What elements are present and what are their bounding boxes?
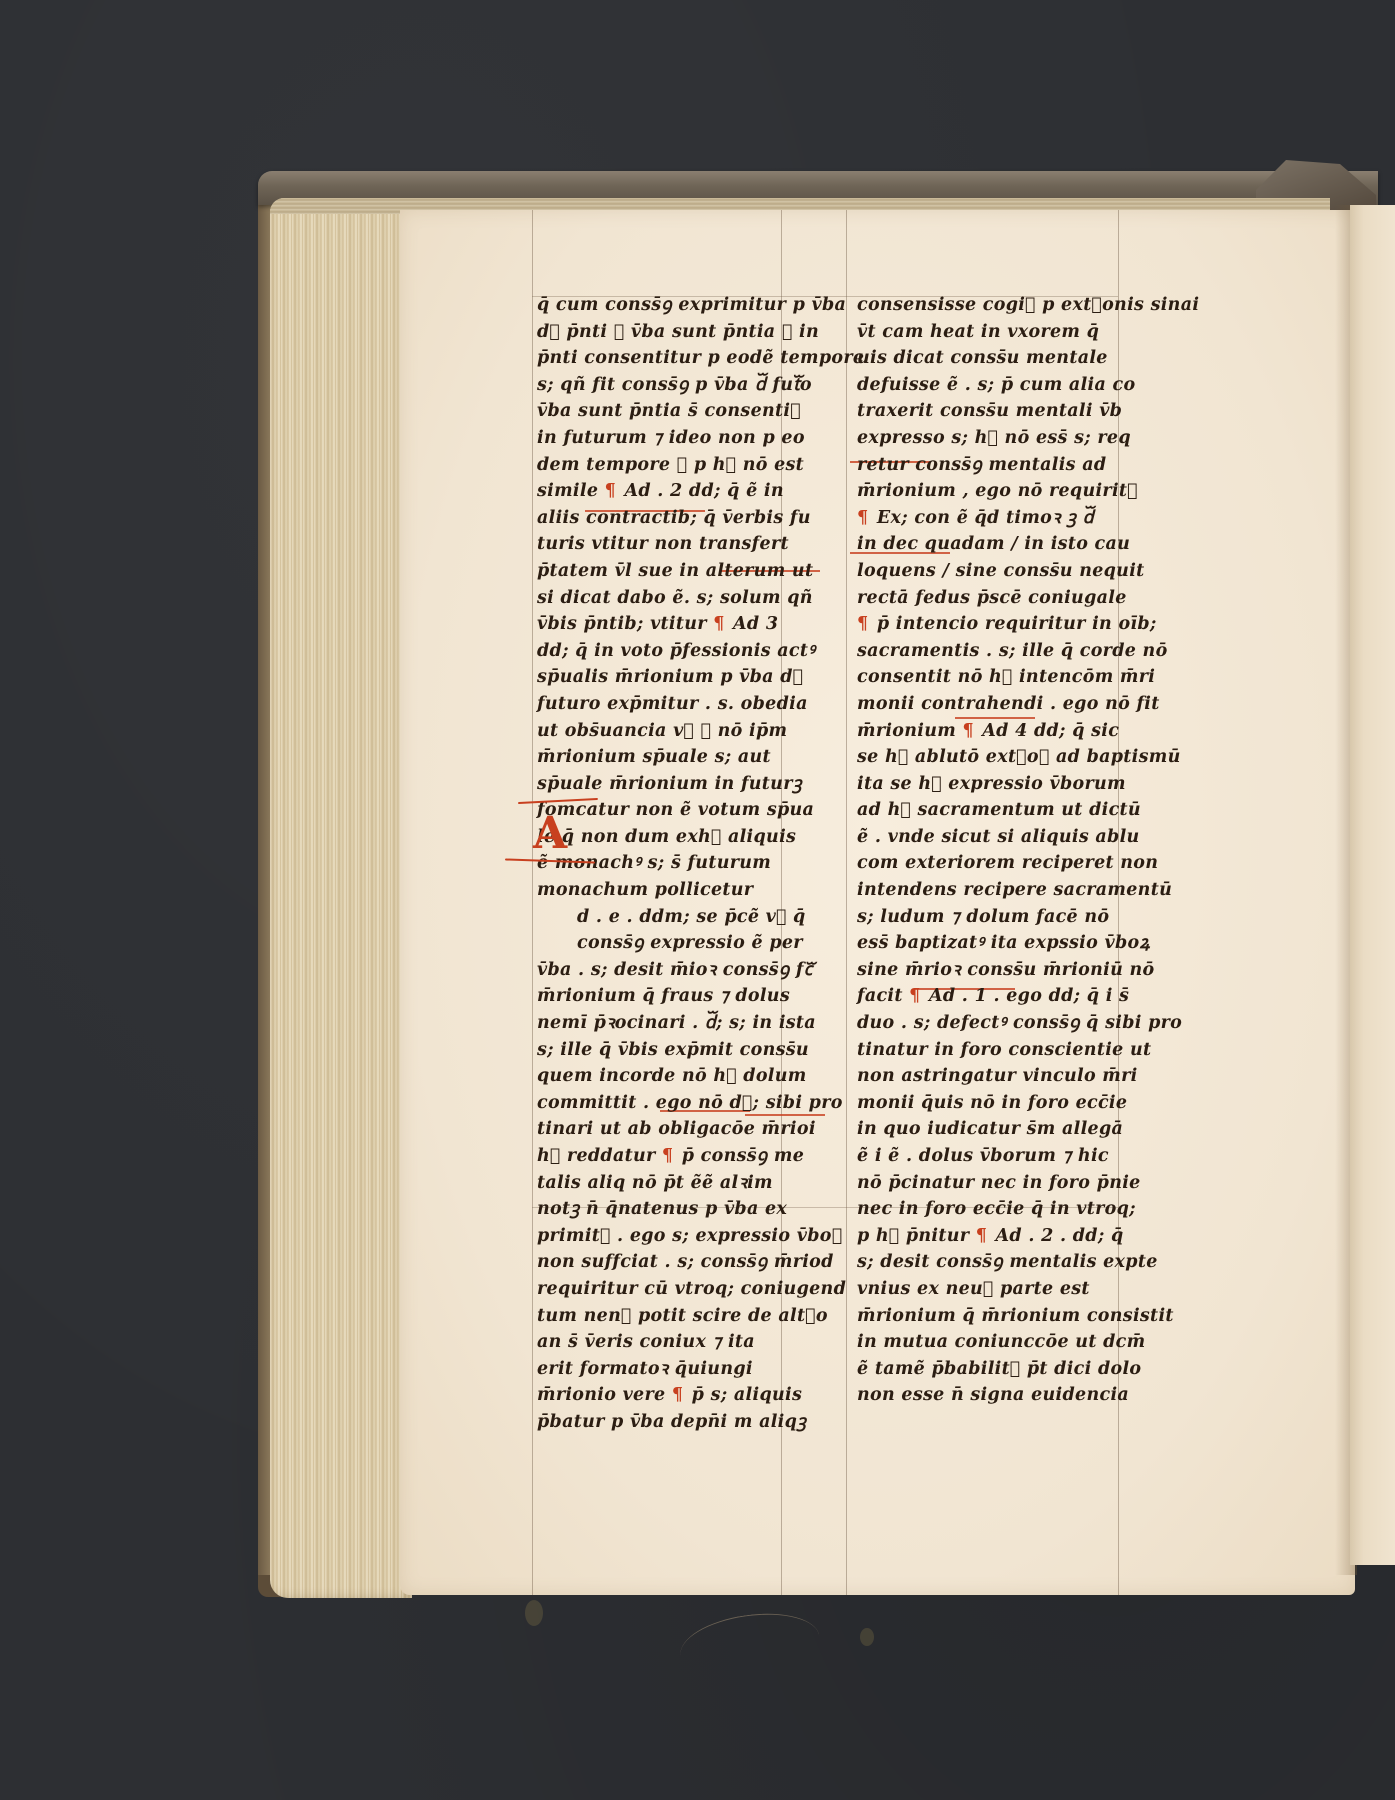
- paragraph-mark-icon: ¶: [857, 614, 868, 634]
- ruling-line-left-outer: [532, 210, 533, 1595]
- text-line: duo . s; defectꝰ conss̄ꝯ q̄ sibi pro: [857, 1010, 1147, 1037]
- text-line: primitᷓ . ego s; expressio v̄boꝝ: [537, 1223, 827, 1250]
- text-line: ut obs̄uancia vᷓ ⁊ nō ip̄m: [537, 718, 827, 745]
- page-crease: [676, 1606, 823, 1686]
- text-line: non suffciat . s; conss̄ꝯ m̄riod: [537, 1249, 827, 1276]
- text-line: in dec quadam / in isto cau: [857, 531, 1147, 558]
- text-line: p hᷓ p̄nitur ¶ Ad . 2 . dd; q̄: [857, 1223, 1147, 1250]
- text-line: s; ludum ⁊ dolum facē nō: [857, 904, 1147, 931]
- text-line: simile ¶ Ad . 2 dd; q̄ ẽ in: [537, 478, 827, 505]
- text-line: se hᷓ ablutō extᷓoꝛ ad baptismū: [857, 744, 1147, 771]
- text-line: ẽ . vnde sicut si aliquis ablu: [857, 824, 1147, 851]
- text-line: ad hᷓ sacramentum ut dictū: [857, 797, 1147, 824]
- text-line: ita se hᷓ expressio v̄borum: [857, 771, 1147, 798]
- text-line: dem tempore ⁊ p hᷓ nō est: [537, 452, 827, 479]
- text-line: consentit nō hᷓ intencōm m̄ri: [857, 664, 1147, 691]
- text-line: turis vtitur non transfert: [537, 531, 827, 558]
- page-stain: [860, 1628, 874, 1646]
- text-line: futuro exp̄mitur . s. obedia: [537, 691, 827, 718]
- text-line: requiritur cū vtroq; coniugend: [537, 1276, 827, 1303]
- text-line: committit . ego nō dᷓ; sibi pro: [537, 1090, 827, 1117]
- text-line: erit formatoꝛ q̄uiungi: [537, 1356, 827, 1383]
- text-line: rectā fedus p̄scē coniugale: [857, 585, 1147, 612]
- text-line: consensisse cogiᷓ p extᷓonis sinai: [857, 292, 1147, 319]
- text-line: conss̄ꝯ expressio ẽ per: [537, 930, 827, 957]
- text-line: non astringatur vinculo m̄ri: [857, 1063, 1147, 1090]
- text-line: monachum pollicetur: [537, 877, 827, 904]
- text-line: dd; q̄ in voto p̄fessionis actꝰ: [537, 638, 827, 665]
- text-line: m̄rionium sp̄uale s; aut: [537, 744, 827, 771]
- text-line: expresso s; hᷓ nō ess̄ s; req: [857, 425, 1147, 452]
- paragraph-mark-icon: ¶: [857, 508, 868, 528]
- text-line: an s̄ v̄eris coniux ⁊ ita: [537, 1329, 827, 1356]
- text-line: intendens recipere sacramentū: [857, 877, 1147, 904]
- text-line: p̄tatem v̄l sue in alterum ut: [537, 558, 827, 585]
- text-line: sp̄uale m̄rionium in futurꝫ: [537, 771, 827, 798]
- text-line: in mutua coniunccōe ut dcm̄: [857, 1329, 1147, 1356]
- text-line: sacramentis . s; ille q̄ corde nō: [857, 638, 1147, 665]
- text-line: defuisse ẽ . s; p̄ cum alia co: [857, 372, 1147, 399]
- paragraph-mark-icon: ¶: [962, 721, 973, 741]
- text-line: aliis contractib; q̄ v̄erbis fu: [537, 505, 827, 532]
- text-line: v̄t cam heat in vxorem q̄: [857, 319, 1147, 346]
- text-line: nō p̄cinatur nec in foro p̄nie: [857, 1170, 1147, 1197]
- paragraph-mark-icon: ¶: [605, 481, 616, 501]
- text-line: in quo iudicatur s̄m allegā: [857, 1116, 1147, 1143]
- text-line: monii q̄uis nō in foro ecc̄ie: [857, 1090, 1147, 1117]
- text-line: fomcatur non ẽ votum sp̄ua: [537, 797, 827, 824]
- text-line: q̄ cum conss̄ꝯ exprimitur p v̄ba: [537, 292, 827, 319]
- text-line: vnius ex neuᷓ parte est: [857, 1276, 1147, 1303]
- text-line: ẽ i ẽ . dolus v̄borum ⁊ hic: [857, 1143, 1147, 1170]
- text-line: le q̄ non dum exhᷓ aliquis: [537, 824, 827, 851]
- text-line: facit ¶ Ad . 1 . ego dd; q̄ i s̄: [857, 983, 1147, 1010]
- ruling-line-right-outer: [846, 210, 847, 1595]
- text-line: m̄rionium q̄ m̄rionium consistit: [857, 1303, 1147, 1330]
- text-column-right: consensisse cogiᷓ p extᷓonis sinai v̄t c…: [857, 292, 1147, 1409]
- text-line: v̄bis p̄ntib; vtitur ¶ Ad 3: [537, 611, 827, 638]
- text-line: si dicat dabo ẽ. s; solum qñ: [537, 585, 827, 612]
- text-line: talis aliq nō p̄t ẽẽ alꝛim: [537, 1170, 827, 1197]
- text-line: m̄rionium q̄ fraus ⁊ dolus: [537, 983, 827, 1010]
- text-line: non esse n̄ signa euidencia: [857, 1382, 1147, 1409]
- text-line: ess̄ baptizatꝰ ita expssio v̄boꝝ: [857, 930, 1147, 957]
- facing-page-sliver: [1350, 205, 1395, 1565]
- text-line: v̄ba sunt p̄ntia s̄ consentiᷓ: [537, 398, 827, 425]
- text-line: m̄rionium , ego nō requiritᷓ: [857, 478, 1147, 505]
- text-line: dᷓ p̄nti ⁊ v̄ba sunt p̄ntia ⁊ in: [537, 319, 827, 346]
- text-line: sine m̄rioꝛ conss̄u m̄rioniū nō: [857, 957, 1147, 984]
- paragraph-mark-icon: ¶: [672, 1385, 683, 1405]
- page-stack-fore-edge: [270, 198, 412, 1598]
- text-line: tinatur in foro conscientie ut: [857, 1037, 1147, 1064]
- text-line: ¶ p̄ intencio requiritur in oīb;: [857, 611, 1147, 638]
- text-line: v̄ba . s; desit m̄ioꝛ conss̄ꝯ fcᷓ: [537, 957, 827, 984]
- text-line: p̄nti consentitur p eodẽ tempore: [537, 345, 827, 372]
- text-line: ẽ tamẽ p̄babilitᷓ p̄t dici dolo: [857, 1356, 1147, 1383]
- text-line: monii contrahendi . ego nō fit: [857, 691, 1147, 718]
- paragraph-mark-icon: ¶: [713, 614, 724, 634]
- text-line: tum nenᷓ potit scire de altᷓo: [537, 1303, 827, 1330]
- book-photograph: q̄ cum conss̄ꝯ exprimitur p v̄ba dᷓ p̄nt…: [0, 0, 1395, 1800]
- text-line: p̄batur p v̄ba depn̄i m aliqꝫ: [537, 1409, 827, 1436]
- text-line: hᷓ reddatur ¶ p̄ conss̄ꝯ me: [537, 1143, 827, 1170]
- page-stain: [525, 1600, 543, 1626]
- text-line: sp̄ualis m̄rionium p v̄ba dᷓ: [537, 664, 827, 691]
- text-line: traxerit conss̄u mentali v̄b: [857, 398, 1147, 425]
- text-line: loquens / sine conss̄u nequit: [857, 558, 1147, 585]
- text-line: in futurum ⁊ ideo non p eo: [537, 425, 827, 452]
- text-line: notꝫ n̄ q̄natenus p v̄ba ex: [537, 1196, 827, 1223]
- paragraph-mark-icon: ¶: [976, 1226, 987, 1246]
- text-line: uis dicat conss̄u mentale: [857, 345, 1147, 372]
- text-line: quem incorde nō hᷓ dolum: [537, 1063, 827, 1090]
- text-column-left: q̄ cum conss̄ꝯ exprimitur p v̄ba dᷓ p̄nt…: [537, 292, 827, 1436]
- text-line: s; ille q̄ v̄bis exp̄mit conss̄u: [537, 1037, 827, 1064]
- text-line: m̄rionio vere ¶ p̄ s; aliquis: [537, 1382, 827, 1409]
- text-line: m̄rionium ¶ Ad 4 dd; q̄ sic: [857, 718, 1147, 745]
- text-line: retur conss̄ꝯ mentalis ad: [857, 452, 1147, 479]
- text-line: s; qñ fit conss̄ꝯ p v̄ba dᷓ futᷓo: [537, 372, 827, 399]
- text-line: ¶ Ex; con ẽ q̄d timoꝛ ꝫ dᷓ: [857, 505, 1147, 532]
- paragraph-mark-icon: ¶: [909, 986, 920, 1006]
- text-line: tinari ut ab obligacōe m̄rioi: [537, 1116, 827, 1143]
- paragraph-mark-icon: ¶: [662, 1146, 673, 1166]
- rubricated-initial-letter: A: [533, 812, 567, 856]
- text-line: nemī p̄ꝛocinari . dᷓ; s; in ista: [537, 1010, 827, 1037]
- text-line: s; desit conss̄ꝯ mentalis expte: [857, 1249, 1147, 1276]
- text-line: ẽ monachꝰ s; s̄ futurum: [537, 850, 827, 877]
- text-line: nec in foro ecc̄ie q̄ in vtroq;: [857, 1196, 1147, 1223]
- text-line: d . e . ddm; se p̄cẽ vᷓ q̄: [537, 904, 827, 931]
- text-line: com exteriorem reciperet non: [857, 850, 1147, 877]
